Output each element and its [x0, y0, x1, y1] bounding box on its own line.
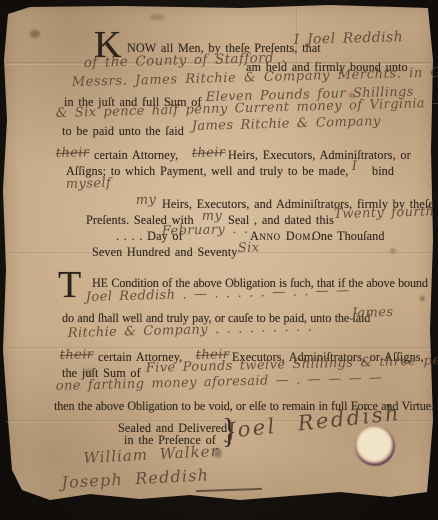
correction-their: their: [192, 145, 226, 161]
printed-payee-clause: to be paid unto the ſaid: [62, 124, 184, 139]
handwritten-myself: myself: [66, 176, 112, 192]
printed-anno-dom: Anno Dom.: [250, 229, 315, 244]
stain-spot: [30, 30, 40, 38]
correction-my: my: [136, 192, 157, 208]
printed-heirs-clause: Heirs, Executors, Adminiſtrators, or: [228, 148, 411, 163]
wax-seal-icon: [355, 426, 395, 466]
bond-document-scan: K NOW all Men, by theſe Preſents, that I…: [0, 0, 438, 520]
correction-their: their: [56, 145, 90, 161]
printed-attorney-clause: certain Attorney,: [94, 148, 178, 163]
printed-bind-word: bind: [372, 164, 394, 179]
correction-i: I: [352, 159, 358, 174]
correction-their: their: [60, 347, 94, 363]
condition-payee-first: James: [352, 305, 394, 321]
stain-spot: [390, 248, 396, 254]
stain-spot: [150, 14, 164, 20]
stain-spot: [420, 296, 425, 301]
obligor-name: I Joel Reddish: [294, 29, 404, 48]
bond-day: Twenty fourth: [334, 204, 435, 222]
dropcap-initial: T: [58, 269, 81, 301]
printed-year-words: Seven Hundred and Seventy: [92, 245, 237, 260]
bond-year-digit: Six: [238, 240, 260, 256]
printed-one-thousand: One Thouſand: [312, 229, 385, 244]
bond-month: February . .: [162, 222, 249, 239]
